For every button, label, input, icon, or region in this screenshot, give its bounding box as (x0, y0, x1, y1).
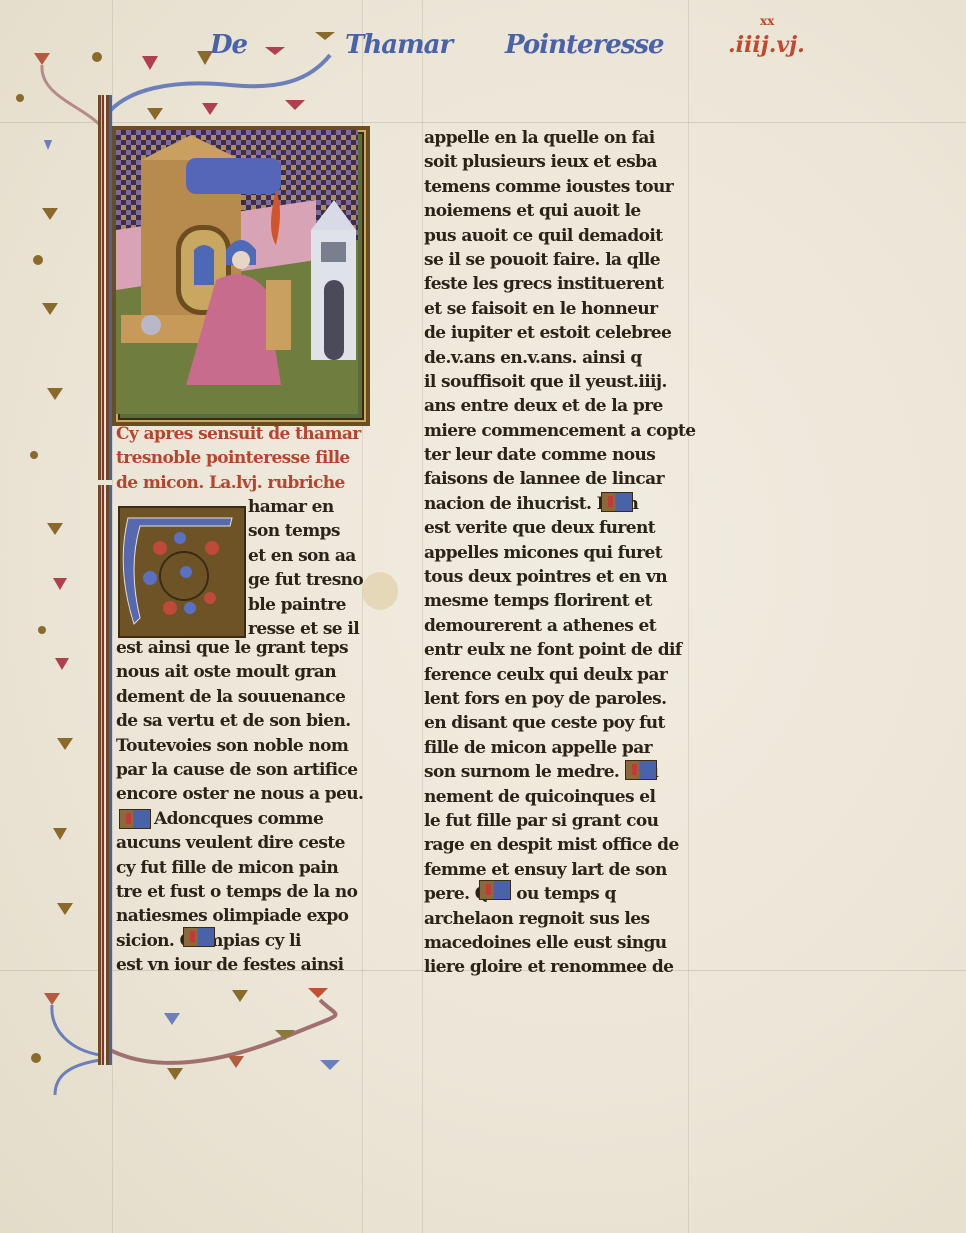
left-column-text: est ainsi que le grant teps nous ait ost… (116, 636, 368, 977)
folio-number: .iiij.vj. (728, 32, 805, 58)
text-line: en disant que ceste poy fut (424, 711, 696, 735)
text-line: temens comme ioustes tour (424, 175, 696, 199)
text-line: pus auoit ce quil demadoit (424, 224, 696, 248)
text-line: nacion de ihucrist. Bien (424, 492, 696, 516)
folio-superscript: xx (760, 14, 774, 28)
vine-border-top-icon (0, 25, 360, 135)
text-line: fille de micon appelle par (424, 736, 696, 760)
text-line: miere commencement a copter (424, 419, 696, 443)
right-column-text: appelle en la quelle on fai soit plusieu… (424, 126, 696, 980)
left-column-text-indented: hamar en son temps et en son aa ge fut t… (248, 495, 366, 641)
miniature-scene-icon (116, 130, 358, 414)
text-line: et se faisoit en le honneur (424, 297, 696, 321)
text-line: ter leur date comme nous (424, 443, 696, 467)
text-line: cy fut fille de micon pain (116, 856, 368, 880)
rubric-line: de micon. La.lvj. rubriche (116, 471, 366, 495)
text-line: entr eulx ne font point de dif (424, 638, 696, 662)
text-line: noiemens et qui auoit le (424, 199, 696, 223)
text-line: faisons de lannee de lincar (424, 467, 696, 491)
text-line: ge fut tresno (248, 568, 366, 592)
text-line: ble paintre (248, 593, 366, 617)
text-line: il souffisoit que il yeust.iiij. (424, 370, 696, 394)
text-line: de iupiter et estoit celebree (424, 321, 696, 345)
miniature-painting (112, 126, 370, 426)
paragraph-initial-icon (479, 880, 511, 900)
border-bar (98, 485, 112, 1065)
text-line: est vn iour de festes ainsi (116, 953, 368, 977)
text-line: macedoines elle eust singu (424, 931, 696, 955)
ruling-line (422, 0, 423, 1233)
foliate-initial-t-icon (120, 508, 240, 632)
manuscript-page: De Thamar Pointeresse xx .iiij.vj. (0, 0, 966, 1233)
text-line: tre et fust o temps de la no (116, 880, 368, 904)
text-line: de sa vertu et de son bien. (116, 709, 368, 733)
paragraph-initial-icon (119, 809, 151, 829)
text-line: ans entre deux et de la pre (424, 394, 696, 418)
text-line: pere. Que ou temps q (424, 882, 696, 906)
running-head-title: Pointeresse (505, 30, 664, 60)
vine-border-left-icon (10, 140, 100, 980)
border-bar (98, 95, 112, 480)
text-line: nous ait oste moult gran (116, 660, 368, 684)
text-line: femme et ensuy lart de son (424, 858, 696, 882)
text-line: liere gloire et renommee de (424, 955, 696, 979)
text-line: de.v.ans en.v.ans. ainsi q (424, 346, 696, 370)
text-line: ference ceulx qui deulx par (424, 663, 696, 687)
text-line: lent fors en poy de paroles. (424, 687, 696, 711)
text-line: son temps (248, 519, 366, 543)
text-line: est verite que deux furent (424, 516, 696, 540)
parchment-stain (362, 572, 398, 610)
text-line: tous deux pointres et en vn (424, 565, 696, 589)
rubric-line: Cy apres sensuit de thamar (116, 422, 366, 446)
text-line: aucuns veulent dire ceste (116, 831, 368, 855)
paragraph-initial-icon (183, 927, 215, 947)
text-line: hamar en (248, 495, 366, 519)
text-line: le fut fille par si grant cou (424, 809, 696, 833)
text-line: demourerent a athenes et (424, 614, 696, 638)
rubric-line: tresnoble pointeresse fille (116, 446, 366, 470)
text-line: dement de la souuenance (116, 685, 368, 709)
text-line: rage en despit mist office de (424, 833, 696, 857)
text-line: appelle en la quelle on fai (424, 126, 696, 150)
text-line: Adoncques comme (116, 807, 368, 831)
text-line: sicion. Olimpias cy li (116, 929, 368, 953)
paragraph-initial-icon (601, 492, 633, 512)
text-line: feste les grecs instituerent (424, 272, 696, 296)
text-line: mesme temps florirent et (424, 589, 696, 613)
text-line: natiesmes olimpiade expo (116, 904, 368, 928)
text-line: encore oster ne nous a peu. (116, 782, 368, 806)
vine-border-bottom-icon (0, 980, 380, 1100)
text-line: archelaon regnoit sus les (424, 907, 696, 931)
text-line: par la cause de son artifice (116, 758, 368, 782)
text-line: soit plusieurs ieux et esba (424, 150, 696, 174)
decorated-initial (118, 506, 246, 638)
text-line: se il se pouoit faire. la qlle (424, 248, 696, 272)
text-line: appelles micones qui furet (424, 541, 696, 565)
text-line: est ainsi que le grant teps (116, 636, 368, 660)
text-line: nement de quicoinques el (424, 785, 696, 809)
text-line: Toutevoies son noble nom (116, 734, 368, 758)
paragraph-initial-icon (625, 760, 657, 780)
rubric: Cy apres sensuit de thamar tresnoble poi… (116, 422, 366, 495)
running-head-name: Thamar (345, 30, 452, 60)
text-line: et en son aa (248, 544, 366, 568)
